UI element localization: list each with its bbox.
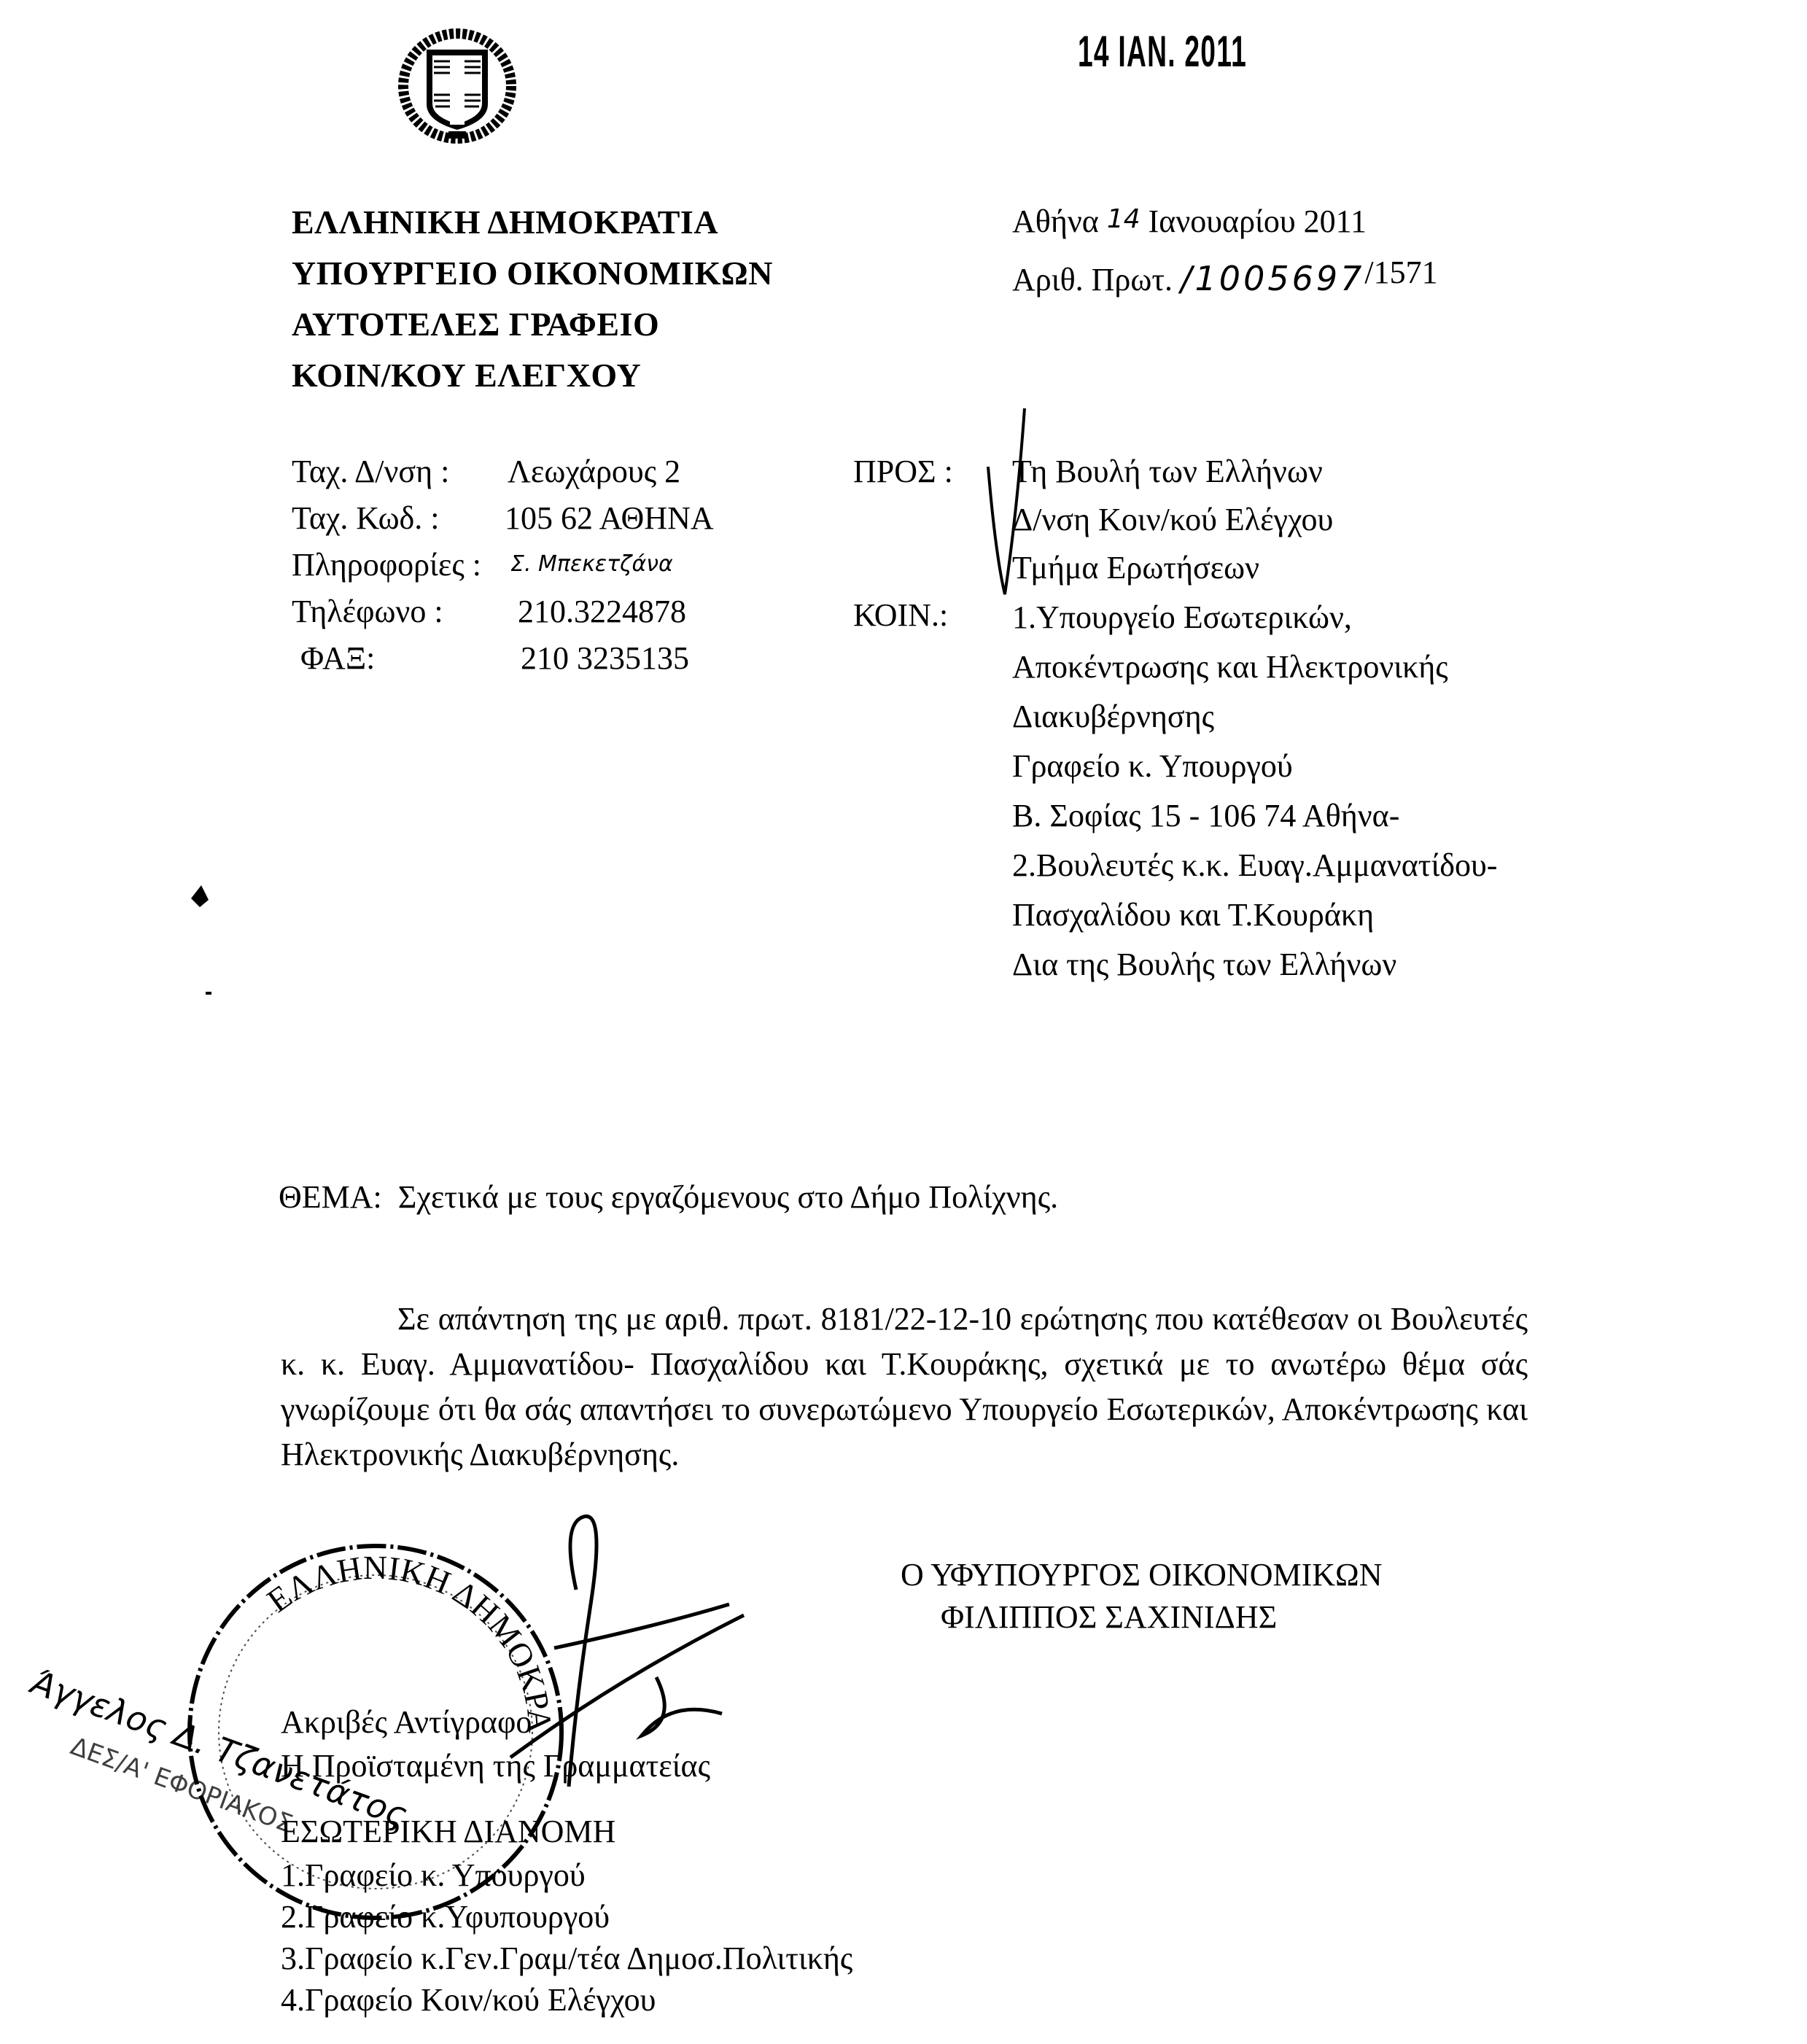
date-place: Αθήνα xyxy=(1012,203,1099,239)
letterhead: ΕΛΛΗΝΙΚΗ ΔΗΜΟΚΡΑΤΙΑ ΥΠΟΥΡΓΕΙΟ ΟΙΚΟΝΟΜΙΚΩ… xyxy=(292,203,773,407)
letterhead-line: ΑΥΤΟΤΕΛΕΣ ΓΡΑΦΕΙΟ xyxy=(292,305,773,356)
subject-text: Σχετικά με τους εργαζόμενους στο Δήμο Πο… xyxy=(398,1179,1058,1215)
to-line: Δ/νση Κοιν/κού Ελέγχου xyxy=(1012,504,1333,552)
signatory-title: Ο ΥΦΥΠΟΥΡΓΟΣ ΟΙΚΟΝΟΜΙΚΩΝ xyxy=(901,1559,1383,1591)
to-label: ΠΡΟΣ : xyxy=(853,456,953,488)
margin-mark-icon xyxy=(191,885,209,907)
subject-label: ΘΕΜΑ: xyxy=(279,1179,382,1215)
cc-line: Δια της Βουλής των Ελλήνων xyxy=(1012,949,1497,998)
date-day-handwritten: 14 xyxy=(1107,204,1140,234)
contact-value: Λεωχάρους 2 xyxy=(508,456,680,488)
cc-line: Β. Σοφίας 15 - 106 74 Αθήνα- xyxy=(1012,800,1497,850)
contact-value: 210.3224878 xyxy=(518,596,686,628)
cc-line: 2.Βουλευτές κ.κ. Ευαγ.Αμμανατίδου- xyxy=(1012,850,1497,899)
received-date-stamp: 14 IAN. 2011 xyxy=(1078,26,1247,77)
letterhead-line: ΚΟΙΝ/ΚΟΥ ΕΛΕΓΧΟΥ xyxy=(292,356,773,407)
greek-coat-of-arms-icon xyxy=(397,28,518,144)
letterhead-line: ΕΛΛΗΝΙΚΗ ΔΗΜΟΚΡΑΤΙΑ xyxy=(292,203,773,254)
contact-block: Ταχ. Δ/νση : Λεωχάρους 2 Ταχ. Κωδ. : 105… xyxy=(292,456,481,689)
protocol-label: Αριθ. Πρωτ. xyxy=(1012,262,1173,298)
cc-line: Αποκέντρωσης και Ηλεκτρονικής xyxy=(1012,651,1497,701)
letterhead-line: ΥΠΟΥΡΓΕΙΟ ΟΙΚΟΝΟΜΙΚΩΝ xyxy=(292,254,773,305)
distribution-item: 4.Γραφείο Κοιν/κού Ελέγχου xyxy=(281,1984,852,2026)
contact-value: 105 62 ΑΘΗΝΑ xyxy=(505,502,714,535)
contact-row: Ταχ. Δ/νση : Λεωχάρους 2 xyxy=(292,456,481,502)
cc-label: ΚΟΙΝ.: xyxy=(853,599,948,632)
contact-label: Ταχ. Δ/νση : xyxy=(292,454,449,489)
contact-row: ΦΑΞ: 210 3235135 xyxy=(292,642,481,689)
to-recipients: Τη Βουλή των Ελλήνων Δ/νση Κοιν/κού Ελέγ… xyxy=(1012,456,1333,600)
contact-row: Ταχ. Κωδ. : 105 62 ΑΘΗΝΑ xyxy=(292,502,481,549)
cc-line: Διακυβέρνησης xyxy=(1012,701,1497,750)
contact-label: Τηλέφωνο : xyxy=(292,594,443,629)
to-line: Τη Βουλή των Ελλήνων xyxy=(1012,456,1333,504)
margin-dash-icon xyxy=(206,992,211,995)
contact-row: Πληροφορίες : Σ. Μπεκετζάνα xyxy=(292,549,481,596)
official-seal-icon: ΕΛΛΗΝΙΚΗ ΔΗΜΟΚΡΑΤΙΑ xyxy=(171,1524,580,1940)
protocol-suffix: /1571 xyxy=(1364,254,1437,290)
protocol-handwritten: /1005697 xyxy=(1181,259,1364,298)
contact-value: 210 3235135 xyxy=(521,642,689,675)
contact-value-handwritten: Σ. Μπεκετζάνα xyxy=(510,553,673,575)
contact-row: Τηλέφωνο : 210.3224878 xyxy=(292,596,481,642)
protocol-number: Αριθ. Πρωτ. /1005697/1571 xyxy=(1012,257,1438,296)
cc-line: Γραφείο κ. Υπουργού xyxy=(1012,750,1497,800)
to-line: Τμήμα Ερωτήσεων xyxy=(1012,552,1333,600)
cc-line: Πασχαλίδου και Τ.Κουράκη xyxy=(1012,899,1497,949)
dateline: Αθήνα 14 Ιανουαρίου 2011 xyxy=(1012,206,1367,238)
body-paragraph: Σε απάντηση της με αριθ. πρωτ. 8181/22-1… xyxy=(281,1297,1528,1477)
date-month-year: Ιανουαρίου 2011 xyxy=(1149,203,1367,239)
contact-label: Πληροφορίες : xyxy=(292,547,481,583)
subject-line: ΘΕΜΑ: Σχετικά με τους εργαζόμενους στο Δ… xyxy=(279,1181,1058,1213)
contact-label: ΦΑΞ: xyxy=(292,640,375,676)
cc-line: 1.Υπουργείο Εσωτερικών, xyxy=(1012,602,1497,651)
contact-label: Ταχ. Κωδ. : xyxy=(292,500,440,536)
signatory-name: ΦΙΛΙΠΠΟΣ ΣΑΧΙΝΙΔΗΣ xyxy=(941,1601,1277,1633)
seal-text: ΕΛΛΗΝΙΚΗ ΔΗΜΟΚΡΑΤΙΑ xyxy=(171,1524,559,1734)
cc-recipients: 1.Υπουργείο Εσωτερικών, Αποκέντρωσης και… xyxy=(1012,602,1497,998)
distribution-item: 3.Γραφείο κ.Γεν.Γραμ/τέα Δημοσ.Πολιτικής xyxy=(281,1943,852,1984)
